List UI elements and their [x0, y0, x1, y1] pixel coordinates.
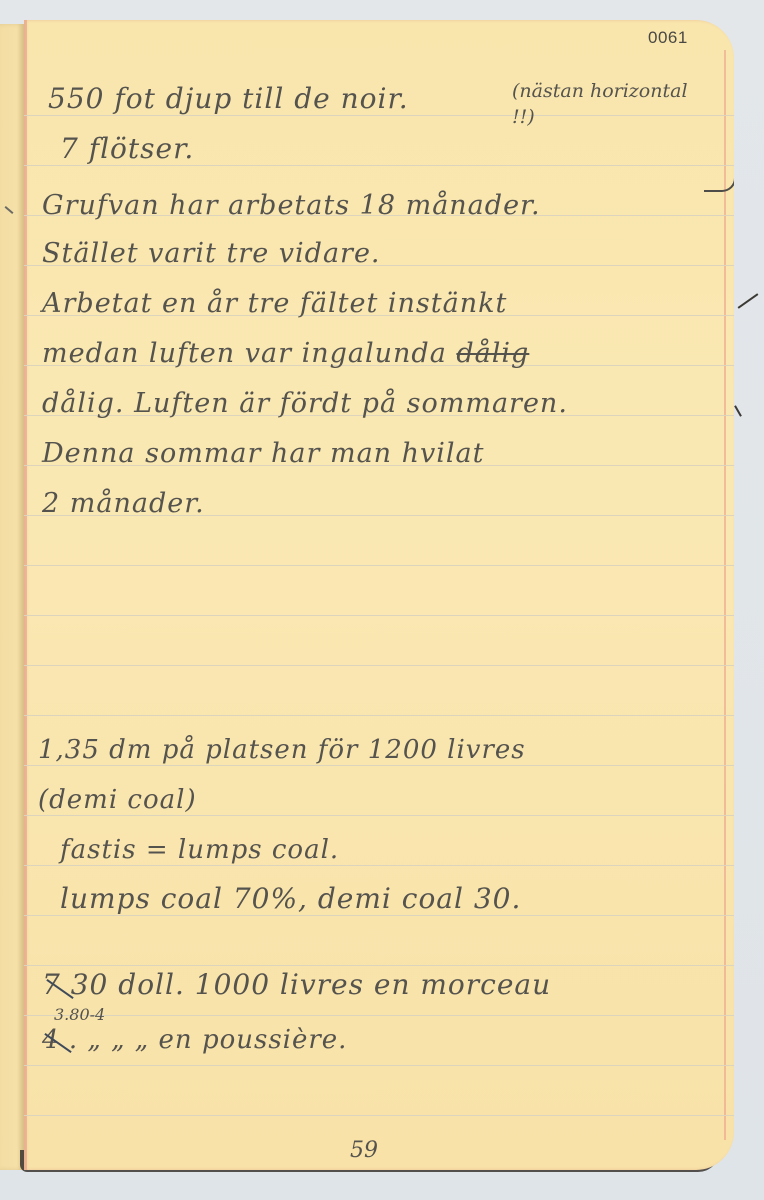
page-number: 59 — [350, 1138, 378, 1163]
entry-line-1-note: (nästan horizontal !!) — [512, 78, 702, 130]
entry-line-15: 4 . „ „ „ en poussière. — [42, 1025, 347, 1055]
ruled-line — [24, 165, 734, 166]
entry-line-13: lumps coal 70%, demi coal 30. — [60, 882, 521, 915]
struck-figure: 4 — [42, 1025, 60, 1055]
entry-line-12: fastis = lumps coal. — [60, 835, 339, 865]
notebook-page: 0061 550 fot djup till de noir. (nästan … — [24, 20, 734, 1170]
entry-line-15-small: 3.80-4 — [54, 1005, 105, 1024]
page-edge-line — [724, 50, 726, 1140]
entry-line-14: 7 30 doll. 1000 livres en morceau — [42, 968, 551, 1001]
ruled-line — [24, 915, 734, 916]
entry-line-3: Grufvan har arbetats 18 månader. — [42, 190, 541, 221]
archive-number: 0061 — [648, 28, 688, 48]
entry-line-2: 7 flötser. — [60, 132, 194, 165]
ruled-line — [24, 815, 734, 816]
bracket-mark — [704, 80, 734, 192]
entry-line-11: (demi coal) — [38, 785, 197, 815]
entry-line-6: medan luften var ingalunda dålig — [42, 338, 529, 369]
entry-line-6-text: medan luften var ingalunda — [42, 338, 447, 369]
entry-line-5: Arbetat en år tre fältet instänkt — [42, 288, 507, 319]
entry-line-10: 1,35 dm på platsen för 1200 livres — [38, 735, 526, 765]
ruled-line — [24, 1065, 734, 1066]
margin-mark — [5, 206, 14, 214]
previous-page-edge — [0, 24, 25, 1170]
ruled-line — [24, 665, 734, 666]
entry-line-8: Denna sommar har man hvilat — [42, 438, 485, 469]
struck-word: dålig — [456, 338, 529, 369]
ruled-line — [24, 615, 734, 616]
ruled-line — [24, 565, 734, 566]
entry-line-4: Stället varit tre vidare. — [42, 238, 381, 269]
ruled-line — [24, 1115, 734, 1116]
entry-line-15-text: . „ „ „ en poussière. — [69, 1025, 348, 1055]
entry-line-14-text: 30 doll. 1000 livres en morceau — [71, 968, 551, 1001]
entry-line-7: dålig. Luften är fördt på sommaren. — [42, 388, 568, 419]
ruled-line — [24, 965, 734, 966]
entry-line-1: 550 fot djup till de noir. — [48, 82, 409, 115]
ruled-line — [24, 715, 734, 716]
ruled-line — [24, 865, 734, 866]
entry-line-9: 2 månader. — [42, 488, 205, 519]
ruled-line — [24, 765, 734, 766]
ruled-line — [24, 1015, 734, 1016]
